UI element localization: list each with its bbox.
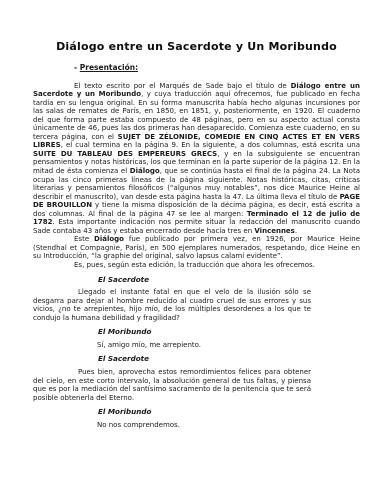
presentation-heading-label: Presentación: xyxy=(80,63,138,72)
presentation-paragraph: Es, pues, según esta edición, la traducc… xyxy=(33,261,360,270)
speech-paragraph: No nos comprendemos. xyxy=(33,421,311,430)
speech-paragraph: Pues bien, aprovecha estos remordimiento… xyxy=(33,368,311,402)
speech-paragraph: Llegado el instante fatal en que el velo… xyxy=(33,288,311,322)
document-title: Diálogo entre un Sacerdote y Un Moribund… xyxy=(33,40,360,53)
speech-paragraph: Sí, amigo mío, me arrepiento. xyxy=(33,341,311,350)
speaker-heading: El Sacerdote xyxy=(98,355,360,364)
presentation-paragraph: El texto escrito por el Marqués de Sade … xyxy=(33,82,360,236)
presentation-paragraph: Este Diálogo fue publicado por primera v… xyxy=(33,235,360,261)
presentation-heading: - Presentación: xyxy=(74,64,360,73)
speaker-heading: El Moribundo xyxy=(98,408,360,417)
dialogue-section: El Sacerdote Llegado el instante fatal e… xyxy=(33,276,360,430)
speaker-heading: El Sacerdote xyxy=(98,276,360,285)
presentation-heading-dash: - xyxy=(74,63,77,72)
speaker-heading: El Moribundo xyxy=(98,328,360,337)
document-page: Diálogo entre un Sacerdote y Un Moribund… xyxy=(0,0,386,500)
